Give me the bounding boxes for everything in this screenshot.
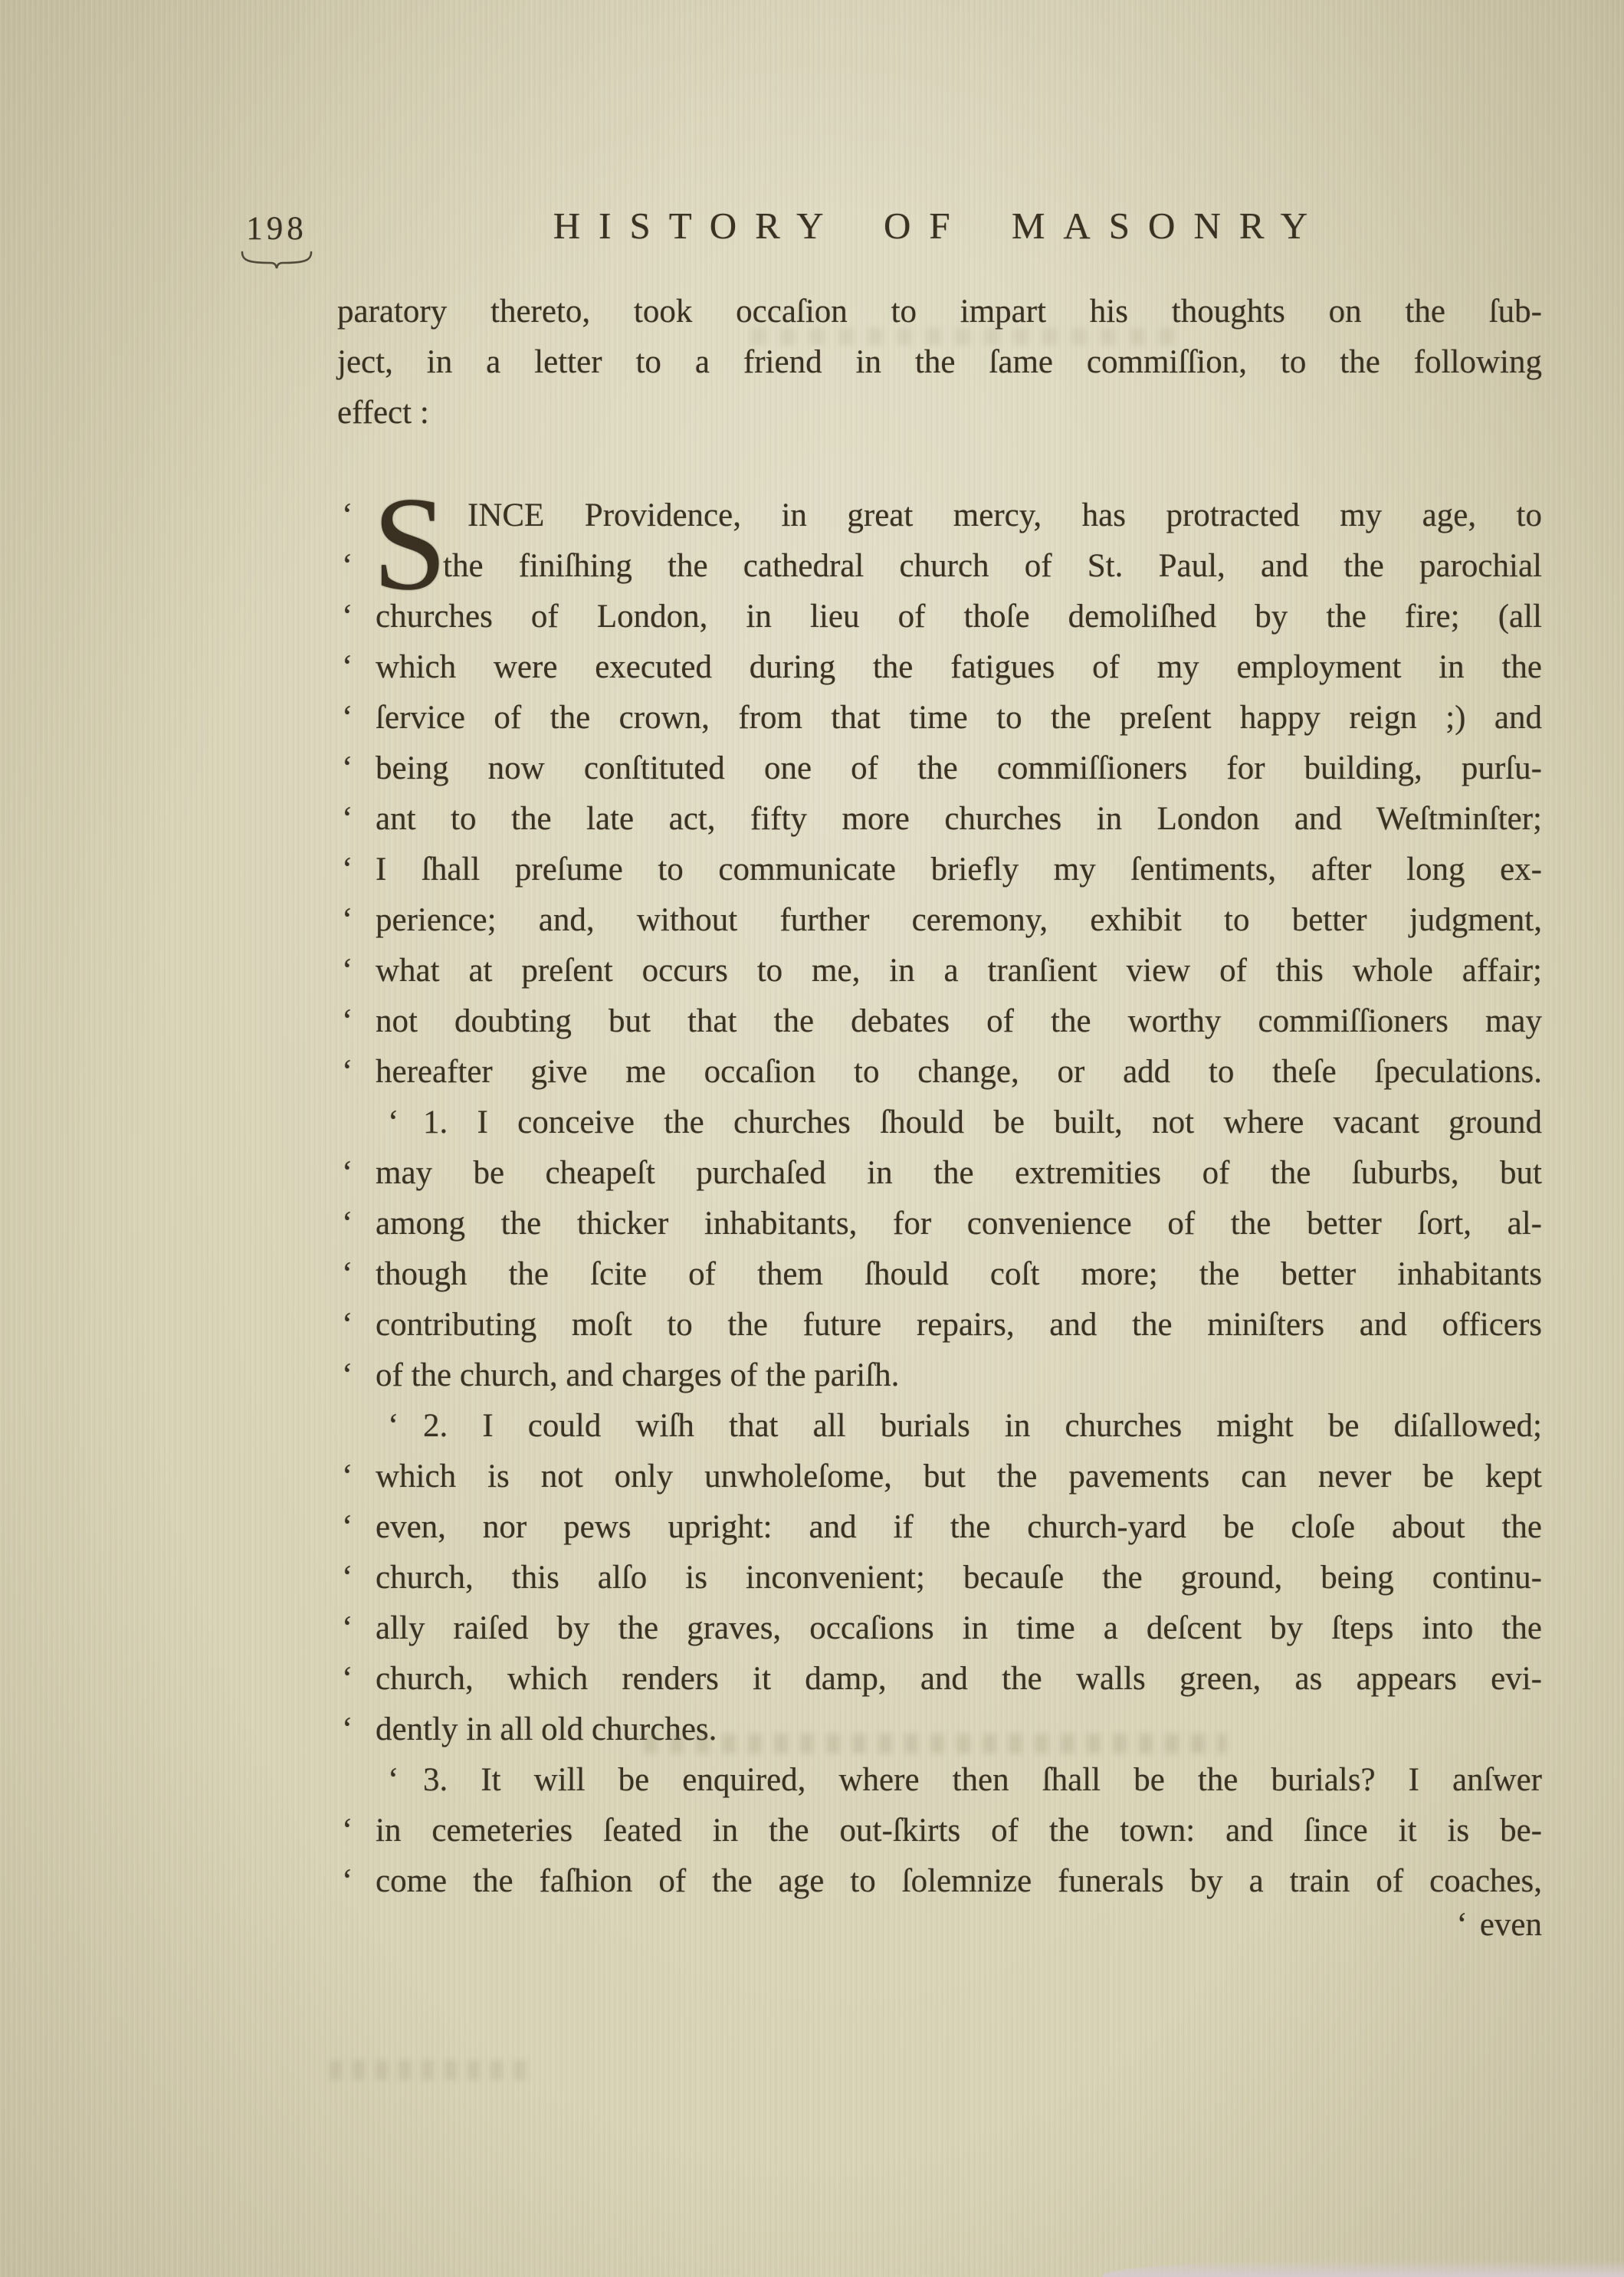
intro-paragraph: paratory thereto, took occaſion to impar…	[337, 287, 1542, 438]
quote-mark: ‘	[342, 541, 353, 592]
line-text: contributing moſt to the future repairs,…	[376, 1300, 1542, 1350]
catchword-line: ‘even	[337, 1900, 1542, 1951]
book-page: 198 HISTORY OF MASONRY paratory thereto,…	[0, 0, 1624, 2277]
page-number: 198	[246, 211, 307, 247]
quote-mark: ‘	[1457, 1907, 1468, 1943]
quote-mark: ‘	[342, 1047, 353, 1097]
text-line: ‘churches of London, in lieu of thoſe de…	[337, 592, 1542, 642]
text-line: ‘I ſhall preſume to communicate briefly …	[337, 845, 1542, 895]
text-line: ‘dently in all old churches.	[337, 1704, 1542, 1755]
text-line: ‘2. I could wiſh that all burials in chu…	[337, 1401, 1542, 1452]
line-text: being now conſtituted one of the commiſſ…	[376, 743, 1542, 794]
text-line: ‘ſervice of the crown, from that time to…	[337, 693, 1542, 743]
quote-mark: ‘	[342, 1249, 353, 1300]
line-text: 1. I conceive the churches ſhould be bui…	[376, 1097, 1542, 1148]
text-line: ‘church, which renders it damp, and the …	[337, 1654, 1542, 1704]
line-text: ſervice of the crown, from that time to …	[376, 693, 1542, 743]
catchword: even	[1480, 1907, 1542, 1943]
text-line: ‘of the church, and charges of the pariſ…	[337, 1350, 1542, 1401]
ink-showthrough-smudge	[330, 2060, 529, 2080]
quote-mark: ‘	[388, 1097, 399, 1148]
page-number-block: 198	[227, 210, 326, 271]
text-line: ‘even, nor pews upright: and if the chur…	[337, 1502, 1542, 1553]
running-header: HISTORY OF MASONRY	[337, 204, 1542, 248]
line-text: ant to the late act, fifty more churches…	[376, 794, 1542, 845]
quote-mark: ‘	[342, 1350, 353, 1401]
line-text: church, which renders it damp, and the w…	[376, 1654, 1542, 1704]
line-text: perience; and, without further ceremony,…	[376, 895, 1542, 946]
quote-mark: ‘	[342, 1603, 353, 1654]
quote-mark: ‘	[342, 1704, 353, 1755]
quote-mark: ‘	[342, 1553, 353, 1603]
text-line: ‘church, this alſo is inconvenient; beca…	[337, 1553, 1542, 1603]
quote-mark: ‘	[388, 1401, 399, 1452]
quote-mark: ‘	[342, 895, 353, 946]
quote-mark: ‘	[342, 996, 353, 1047]
text-line: ‘which is not only unwholeſome, but the …	[337, 1452, 1542, 1502]
quote-mark: ‘	[342, 1654, 353, 1704]
text-line: ‘ally raiſed by the graves, occaſions in…	[337, 1603, 1542, 1654]
text-line: ‘contributing moſt to the future repairs…	[337, 1300, 1542, 1350]
quote-mark: ‘	[342, 1199, 353, 1249]
text-line: ‘INCE Providence, in great mercy, has pr…	[337, 491, 1542, 541]
line-text: INCE Providence, in great mercy, has pro…	[376, 491, 1542, 541]
line-text: among the thicker inhabitants, for conve…	[376, 1199, 1542, 1249]
quote-mark: ‘	[342, 491, 353, 541]
line-text: paratory thereto, took occaſion to impar…	[337, 287, 1542, 337]
line-text: what at preſent occurs to me, in a tranſ…	[376, 946, 1542, 996]
letter-body: S ‘INCE Providence, in great mercy, has …	[337, 491, 1542, 1907]
text-line: ‘among the thicker inhabitants, for conv…	[337, 1199, 1542, 1249]
quote-mark: ‘	[342, 743, 353, 794]
line-text: ject, in a letter to a friend in the ſam…	[337, 337, 1542, 388]
line-text: even, nor pews upright: and if the churc…	[376, 1502, 1542, 1553]
line-text: not doubting but that the debates of the…	[376, 996, 1542, 1047]
line-text: effect :	[337, 388, 1542, 438]
line-text: I ſhall preſume to communicate briefly m…	[376, 845, 1542, 895]
line-text: may be cheapeſt purchaſed in the extremi…	[376, 1148, 1542, 1199]
quote-mark: ‘	[342, 642, 353, 693]
text-line: ‘not doubting but that the debates of th…	[337, 996, 1542, 1047]
text-line: ‘in cemeteries ſeated in the out-ſkirts …	[337, 1806, 1542, 1856]
line-text: which were executed during the fatigues …	[376, 642, 1542, 693]
line-text: dently in all old churches.	[376, 1704, 1542, 1755]
text-line: ‘what at preſent occurs to me, in a tran…	[337, 946, 1542, 996]
next-page-edge	[1103, 2260, 1624, 2277]
quote-mark: ‘	[342, 1148, 353, 1199]
quote-mark: ‘	[388, 1755, 399, 1806]
line-text: in cemeteries ſeated in the out-ſkirts o…	[376, 1806, 1542, 1856]
quote-mark: ‘	[342, 794, 353, 845]
quote-mark: ‘	[342, 946, 353, 996]
text-line: ject, in a letter to a friend in the ſam…	[337, 337, 1542, 388]
quote-mark: ‘	[342, 592, 353, 642]
text-line: paratory thereto, took occaſion to impar…	[337, 287, 1542, 337]
text-line: ‘the finiſhing the cathedral church of S…	[337, 541, 1542, 592]
text-line: ‘perience; and, without further ceremony…	[337, 895, 1542, 946]
quote-mark: ‘	[342, 1806, 353, 1856]
line-text: 2. I could wiſh that all burials in chur…	[376, 1401, 1542, 1452]
quote-mark: ‘	[342, 1502, 353, 1553]
text-line: ‘may be cheapeſt purchaſed in the extrem…	[337, 1148, 1542, 1199]
line-text: of the church, and charges of the pariſh…	[376, 1350, 1542, 1401]
line-text: the finiſhing the cathedral church of St…	[376, 541, 1542, 592]
quote-mark: ‘	[342, 845, 353, 895]
text-line: ‘hereafter give me occaſion to change, o…	[337, 1047, 1542, 1097]
line-text: hereafter give me occaſion to change, or…	[376, 1047, 1542, 1097]
quote-mark: ‘	[342, 693, 353, 743]
text-line: effect :	[337, 388, 1542, 438]
line-text: church, this alſo is inconvenient; becau…	[376, 1553, 1542, 1603]
text-line: ‘1. I conceive the churches ſhould be bu…	[337, 1097, 1542, 1148]
line-text: though the ſcite of them ſhould coſt mor…	[376, 1249, 1542, 1300]
quote-mark: ‘	[342, 1452, 353, 1502]
text-line: ‘3. It will be enquired, where then ſhal…	[337, 1755, 1542, 1806]
line-text: ally raiſed by the graves, occaſions in …	[376, 1603, 1542, 1654]
line-text: 3. It will be enquired, where then ſhall…	[376, 1755, 1542, 1806]
line-text: which is not only unwholeſome, but the p…	[376, 1452, 1542, 1502]
text-line: ‘ant to the late act, fifty more churche…	[337, 794, 1542, 845]
underbrace-icon	[228, 251, 325, 271]
text-line: ‘which were executed during the fatigues…	[337, 642, 1542, 693]
line-text: churches of London, in lieu of thoſe dem…	[376, 592, 1542, 642]
quote-mark: ‘	[342, 1300, 353, 1350]
text-line: ‘being now conſtituted one of the commiſ…	[337, 743, 1542, 794]
text-line: ‘though the ſcite of them ſhould coſt mo…	[337, 1249, 1542, 1300]
